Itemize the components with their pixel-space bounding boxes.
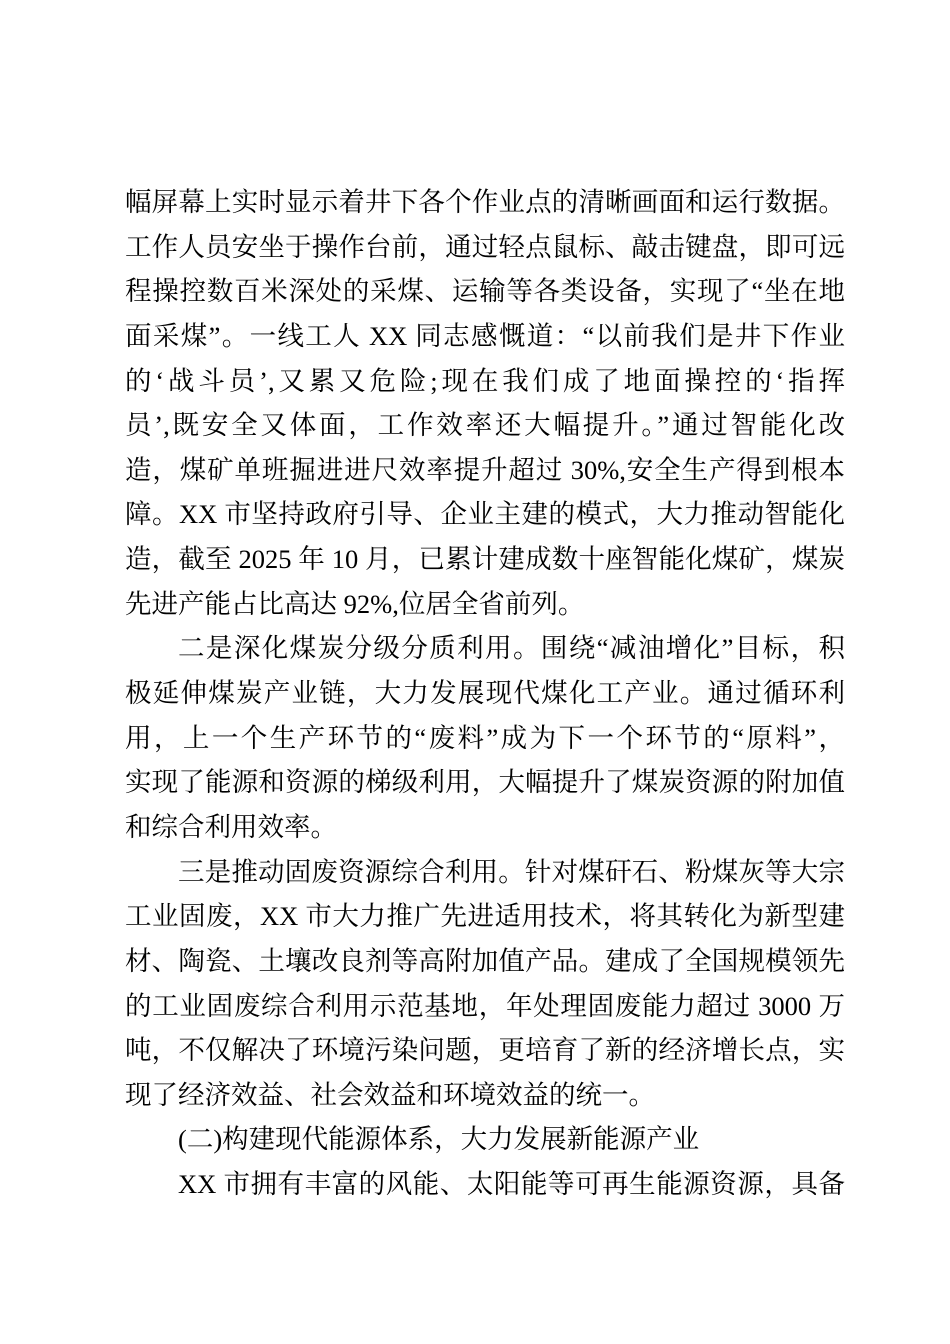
document-page: 幅屏幕上实时显示着井下各个作业点的清晰画面和运行数据。 工作人员安坐于操作台前，… bbox=[0, 0, 950, 1344]
document-line: 的工业固废综合利用示范基地，年处理固废能力超过 3000 万 bbox=[125, 984, 845, 1029]
document-text-block: 幅屏幕上实时显示着井下各个作业点的清晰画面和运行数据。 工作人员安坐于操作台前，… bbox=[125, 180, 845, 1207]
document-line: 造，煤矿单班掘进进尺效率提升超过 30%,安全生产得到根本保 bbox=[125, 448, 845, 493]
document-line: 和综合利用效率。 bbox=[125, 805, 845, 850]
document-line: (二)构建现代能源体系，大力发展新能源产业 bbox=[125, 1117, 845, 1162]
document-line: 面采煤”。一线工人 XX 同志感慨道：“以前我们是井下作业 bbox=[125, 314, 845, 359]
document-line: 实现了能源和资源的梯级利用，大幅提升了煤炭资源的附加值 bbox=[125, 760, 845, 805]
document-line: 用，上一个生产环节的“废料”成为下一个环节的“原料”， bbox=[125, 716, 845, 761]
document-line: XX 市拥有丰富的风能、太阳能等可再生能源资源，具备发 bbox=[125, 1162, 845, 1207]
document-line: 工作人员安坐于操作台前，通过轻点鼠标、敲击键盘，即可远 bbox=[125, 225, 845, 270]
document-line: 工业固废，XX 市大力推广先进适用技术，将其转化为新型建 bbox=[125, 894, 845, 939]
document-line: 现了经济效益、社会效益和环境效益的统一。 bbox=[125, 1073, 845, 1118]
document-line: 三是推动固废资源综合利用。针对煤矸石、粉煤灰等大宗 bbox=[125, 850, 845, 895]
document-line: 障。XX 市坚持政府引导、企业主建的模式，大力推动智能化改 bbox=[125, 492, 845, 537]
document-line: 极延伸煤炭产业链，大力发展现代煤化工产业。通过循环利 bbox=[125, 671, 845, 716]
document-line: 先进产能占比高达 92%,位居全省前列。 bbox=[125, 582, 845, 627]
document-line: 二是深化煤炭分级分质利用。围绕“减油增化”目标，积 bbox=[125, 626, 845, 671]
document-line: 程操控数百米深处的采煤、运输等各类设备，实现了“坐在地 bbox=[125, 269, 845, 314]
document-line: 造，截至 2025 年 10 月，已累计建成数十座智能化煤矿，煤炭 bbox=[125, 537, 845, 582]
document-line: 员’,既安全又体面，工作效率还大幅提升。”通过智能化改 bbox=[125, 403, 845, 448]
document-line: 吨，不仅解决了环境污染问题，更培育了新的经济增长点，实 bbox=[125, 1028, 845, 1073]
document-line: 幅屏幕上实时显示着井下各个作业点的清晰画面和运行数据。 bbox=[125, 180, 845, 225]
document-line: 的‘战斗员’,又累又危险;现在我们成了地面操控的‘指挥 bbox=[125, 359, 845, 404]
document-line: 材、陶瓷、土壤改良剂等高附加值产品。建成了全国规模领先 bbox=[125, 939, 845, 984]
